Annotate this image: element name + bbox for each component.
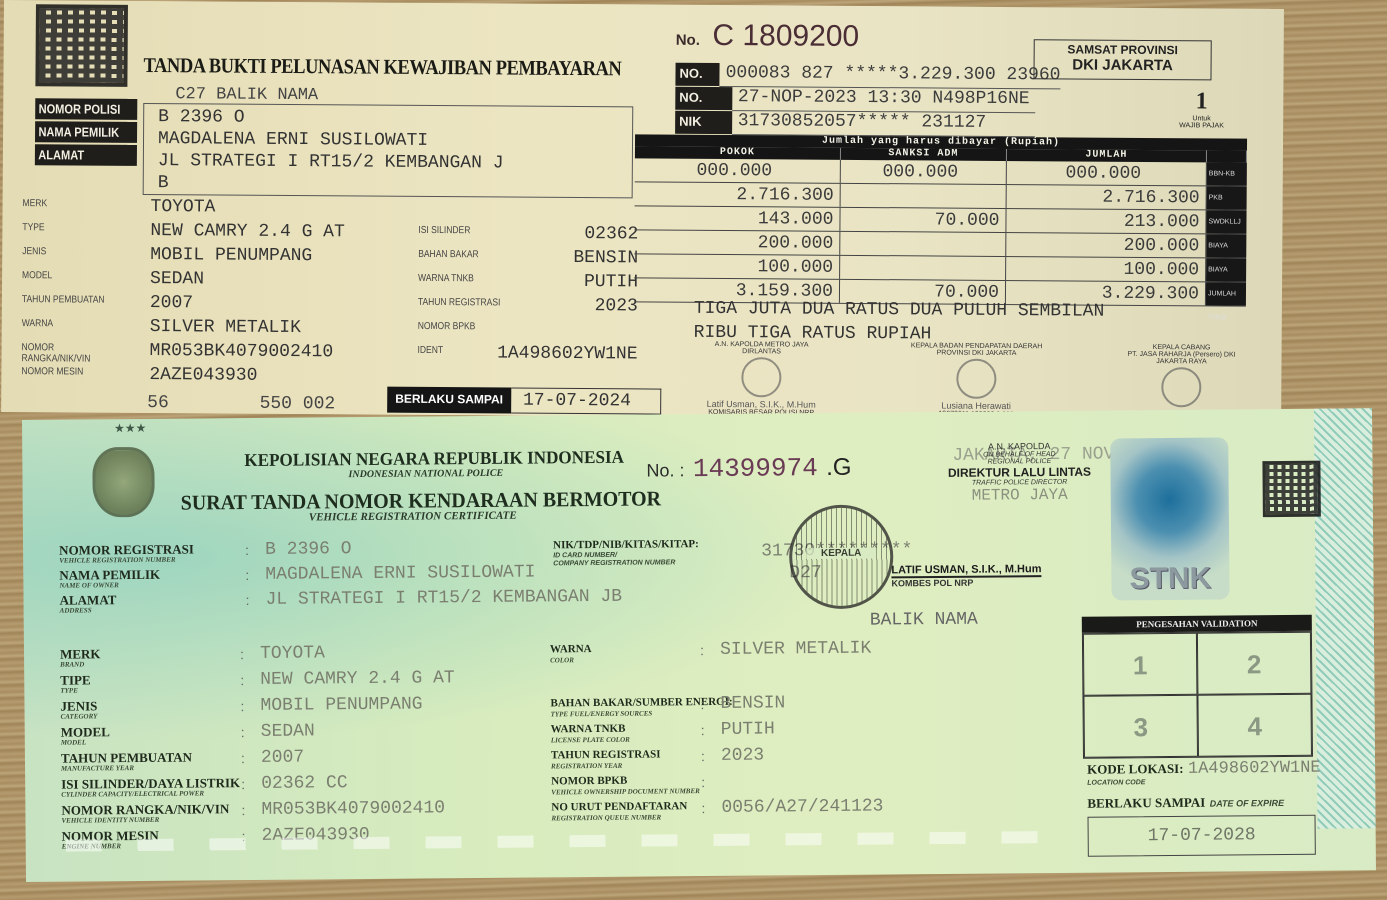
validation-cell: 1 bbox=[1083, 633, 1198, 696]
transaction-note: C27 BALIK NAMA bbox=[175, 85, 318, 105]
validation-cell: 2 bbox=[1197, 632, 1312, 695]
signatures: A.N. KAPOLDA METRO JAYA DIRLANTAS Latif … bbox=[691, 341, 1251, 415]
official-stamp-icon: KEPALA bbox=[789, 504, 894, 609]
validation-box: PENGESAHAN VALIDATION 1 2 3 4 bbox=[1082, 615, 1313, 759]
certificate-number: No. : 14399974 .G bbox=[646, 453, 851, 485]
stnk-title-en: VEHICLE REGISTRATION CERTIFICATE bbox=[309, 510, 517, 524]
owner-labels: NOMOR POLISI NAMA PEMILIK ALAMAT bbox=[35, 98, 139, 168]
vehicle-details: MERK TOYOTA TYPE NEW CAMRY 2.4 G AT ISI … bbox=[21, 196, 682, 393]
security-pattern bbox=[1314, 408, 1376, 828]
owner-info-box: B 2396 O MAGDALENA ERNI SUSILOWATI JL ST… bbox=[143, 103, 634, 198]
stamp-icon bbox=[741, 357, 781, 397]
nik-field: NIK/TDP/NIB/KITAS/KITAP: ID CARD NUMBER/… bbox=[553, 538, 699, 568]
payment-rows: 000.000 000.000 000.000 BBN-KB2.716.300 … bbox=[634, 158, 1247, 306]
wajib-pajak-copy-marker: 1 Untuk WAJIB PAJAK bbox=[1179, 88, 1224, 129]
tax-payment-receipt: TANDA BUKTI PELUNASAN KEWAJIBAN PEMBAYAR… bbox=[1, 0, 1284, 421]
extra-codes: 56 550 002 bbox=[147, 393, 415, 415]
meta-row: NO. KOHIR 27-NOP-2023 13:30 N498P16NE bbox=[675, 87, 1035, 114]
receipt-valid-until: BERLAKU SAMPAI 17-07-2024 bbox=[387, 387, 661, 415]
validation-cell: 4 bbox=[1197, 694, 1312, 757]
alamat-value-line2: B bbox=[158, 172, 618, 197]
receipt-title: TANDA BUKTI PELUNASAN KEWAJIBAN PEMBAYAR… bbox=[143, 53, 621, 81]
amount-in-words: TIGA JUTA DUA RATUS DUA PULUH SEMBILAN R… bbox=[694, 297, 1105, 348]
label-nomor-polisi: NOMOR POLISI bbox=[35, 98, 137, 120]
payment-table: Jumlah yang harus dibayar (Rupiah) POKOK… bbox=[634, 134, 1247, 306]
stamp-icon bbox=[1161, 367, 1201, 407]
meta-row: NO. URUT 000083 827 *****3.229.300 23960 bbox=[675, 63, 1035, 90]
nomor-polisi-value: B 2396 O bbox=[158, 106, 618, 131]
receipt-meta: NO. URUT 000083 827 *****3.229.300 23960… bbox=[675, 63, 1035, 138]
signature-bapenda: KEPALA BADAN PENDAPATAN DAERAH PROVINSI … bbox=[891, 342, 1062, 418]
receipt-serial-number: No. C 1809200 bbox=[676, 19, 860, 54]
stars-icon: ★★★ bbox=[114, 421, 146, 435]
alamat-value-line1: JL STRATEGI I RT15/2 KEMBANGAN J bbox=[158, 150, 618, 175]
qr-code-icon bbox=[35, 4, 128, 87]
qr-code-icon bbox=[1262, 461, 1320, 518]
director-block: A.N. KAPOLDA ON BEHALF OF HEAD REGIONAL … bbox=[924, 440, 1115, 505]
meta-row: NIK 31730852057***** 231127 bbox=[675, 111, 1035, 138]
expiry-date: BERLAKU SAMPAI DATE OF EXPIRE 17-07-2028 bbox=[1087, 793, 1316, 857]
nama-pemilik-value: MAGDALENA ERNI SUSILOWATI bbox=[158, 128, 618, 153]
stamp-icon bbox=[956, 359, 996, 399]
police-emblem-icon bbox=[92, 447, 155, 518]
stnk-hologram-icon: STNK bbox=[1110, 437, 1229, 600]
balik-nama-note: BALIK NAMA bbox=[870, 610, 978, 631]
stnk-header-en: INDONESIAN NATIONAL POLICE bbox=[348, 468, 503, 480]
director-signature: LATIF USMAN, S.I.K., M.Hum KOMBES POL NR… bbox=[891, 563, 1041, 588]
label-nama-pemilik: NAMA PEMILIK bbox=[35, 121, 137, 143]
signature-dirlantas: A.N. KAPOLDA METRO JAYA DIRLANTAS Latif … bbox=[691, 341, 832, 417]
location-code: KODE LOKASI: 1A498602YW1NE LOCATION CODE bbox=[1087, 759, 1321, 788]
validation-cell: 3 bbox=[1083, 695, 1198, 758]
label-alamat: ALAMAT bbox=[35, 144, 137, 166]
vehicle-registration-certificate: ★★★ KEPOLISIAN NEGARA REPUBLIK INDONESIA… bbox=[22, 408, 1376, 882]
perforation-strip bbox=[66, 831, 1066, 852]
